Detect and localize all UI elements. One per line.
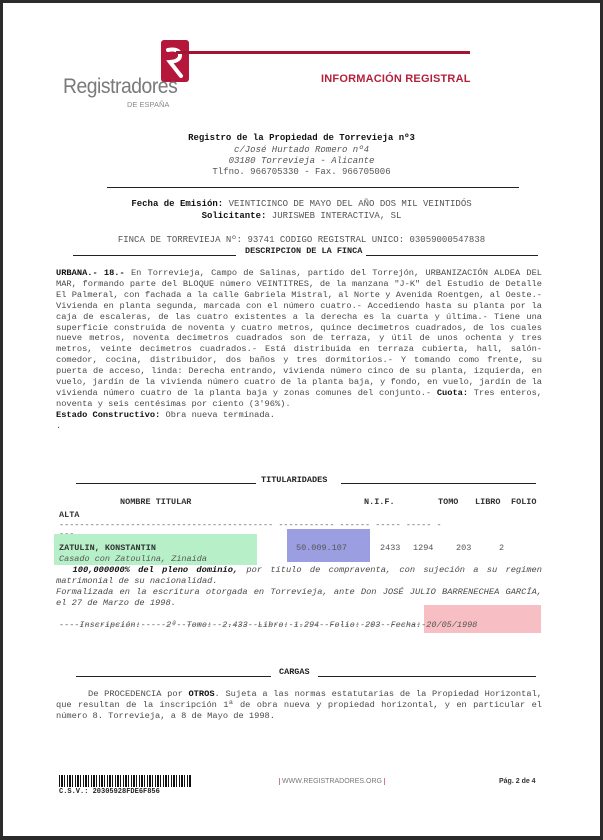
cargas-intro-bold: OTROS	[188, 689, 214, 699]
titularidades-section-title: TITULARIDADES	[261, 475, 327, 485]
cuota-label: Cuota:	[437, 388, 468, 398]
divider	[341, 483, 536, 484]
registry-phone: Tlfno. 966705330 - Fax. 966705006	[3, 167, 600, 177]
holder-folio: 203	[456, 543, 471, 553]
brand-name: Registradores	[63, 75, 177, 99]
col-nif: N.I.F.	[364, 497, 395, 507]
csv-code: C.S.V.: 20305928FDE6F856	[59, 788, 160, 796]
cargas-text: De PROCEDENCIA por OTROS. Sujeta a las n…	[56, 689, 542, 722]
estado-label: Estado Constructivo:	[56, 410, 160, 420]
divider	[76, 676, 271, 677]
issue-date-label: Fecha de Emisión:	[131, 199, 223, 209]
finca-description-text: En Torrevieja, Campo de Salinas, partido…	[56, 268, 542, 398]
website-link[interactable]: WWW.REGISTRADORES.ORG	[279, 778, 385, 785]
barcode	[59, 775, 191, 787]
issue-date: Fecha de Emisión: VEINTICINCO DE MAYO DE…	[3, 199, 600, 209]
issue-date-value: VEINTICINCO DE MAYO DEL AÑO DOS MIL VEIN…	[229, 199, 472, 209]
applicant-value: JURISWEB INTERACTIVA, SL	[272, 211, 402, 221]
brand-subtitle: DE ESPAÑA	[127, 100, 169, 109]
holder-alta: 2	[499, 543, 504, 553]
finca-id-line: FINCA DE TORREVIEJA Nº: 93741 CODIGO REG…	[3, 235, 600, 245]
col-tomo: TOMO	[438, 497, 458, 507]
registry-address: c/José Hurtado Romero nº4	[3, 145, 600, 155]
divider	[73, 255, 236, 256]
document-type-title: INFORMACIÓN REGISTRAL	[321, 73, 471, 85]
applicant-label: Solicitante:	[202, 211, 267, 221]
col-alta: ALTA	[59, 510, 79, 520]
finca-section-title: DESCRIPCION DE LA FINCA	[245, 246, 362, 256]
holder-tomo: 2433	[380, 543, 400, 553]
page-number: Pág. 2 de 4	[499, 778, 536, 785]
divider	[76, 483, 256, 484]
divider	[107, 187, 519, 188]
registry-city: 03180 Torrevieja - Alicante	[3, 156, 600, 166]
holder-name: ZATULIN, KONSTANTIN	[59, 543, 156, 553]
col-nombre-titular: NOMBRE TITULAR	[120, 497, 191, 507]
deed-text: Formalizada en la escritura otorgada en …	[56, 587, 542, 608]
share-bold: 100,000000% del pleno dominio,	[73, 565, 239, 575]
registry-name: Registro de la Propiedad de Torrevieja n…	[3, 133, 600, 143]
document-page: Registradores DE ESPAÑA INFORMACIÓN REGI…	[3, 3, 600, 836]
finca-description: URBANA.- 18.- En Torrevieja, Campo de Sa…	[56, 268, 542, 432]
dot: .	[56, 421, 61, 431]
estado-value: Obra nueva terminada.	[166, 410, 275, 420]
dash-line: ----------------------------------------…	[59, 520, 442, 530]
finca-lead: URBANA.- 18.-	[56, 268, 125, 278]
header-rule	[176, 51, 470, 54]
holder-spouse: Casado con Zatoulina, Zinaida	[59, 554, 207, 564]
end-dashes: ----------------------------------------…	[59, 620, 426, 630]
col-folio: FOLIO	[511, 497, 537, 507]
cargas-intro: De PROCEDENCIA por	[88, 689, 183, 699]
applicant: Solicitante: JURISWEB INTERACTIVA, SL	[3, 211, 600, 221]
divider	[318, 676, 536, 677]
holder-share: 100,000000% del pleno dominio, por títul…	[56, 565, 542, 609]
divider	[366, 255, 538, 256]
holder-nif: 50.009.107	[296, 543, 347, 553]
holder-libro: 1294	[413, 543, 433, 553]
col-libro: LIBRO	[475, 497, 501, 507]
cargas-section-title: CARGAS	[279, 667, 310, 677]
